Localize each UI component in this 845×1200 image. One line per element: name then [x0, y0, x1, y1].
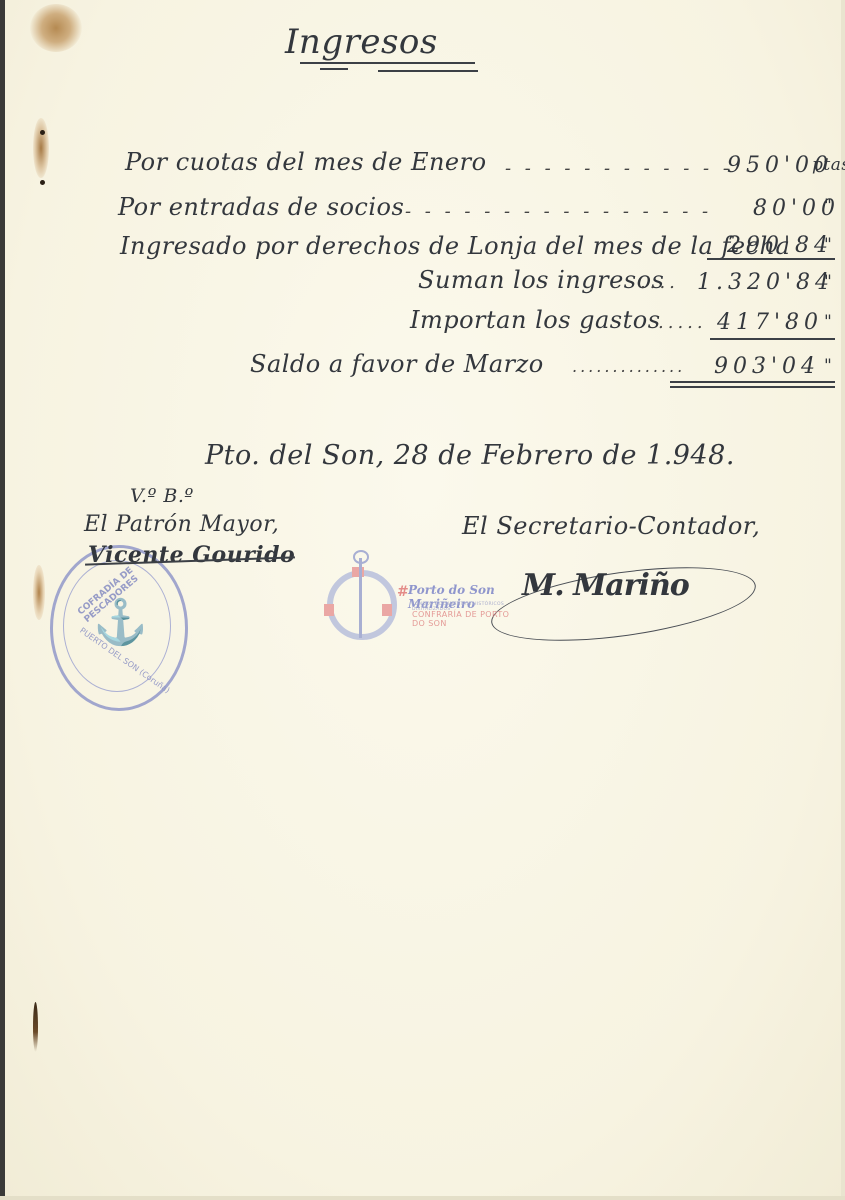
entry-label: Ingresado por derechos de Lonja del mes …: [120, 232, 790, 260]
archive-watermark: # Porto do Son Mariñeiro FONDOS DOCUMENT…: [322, 548, 522, 648]
watermark-org: CONFRARÍA DE PORTO DO SON: [412, 610, 522, 628]
total-leader: .....: [658, 312, 707, 333]
approval-role: El Patrón Mayor,: [84, 512, 279, 537]
lifebuoy-band: [352, 567, 364, 577]
total-leader: ....: [640, 272, 679, 293]
ditto-mark: ": [824, 196, 832, 216]
place-date: Pto. del Son, 28 de Febrero de 1.948.: [205, 440, 735, 471]
punch-hole-top: [33, 118, 49, 178]
ditto-mark: ": [824, 272, 832, 292]
total-label: Importan los gastos: [410, 306, 661, 334]
title-underline: [320, 68, 348, 70]
lifebuoy-band: [324, 604, 334, 616]
title-underline: [300, 62, 475, 64]
punch-hole-middle: [33, 565, 45, 620]
anchor-shaft: [359, 558, 362, 638]
ditto-mark: ": [824, 312, 832, 332]
ditto-mark: ": [824, 235, 832, 255]
document-page: Ingresos Por cuotas del mes de Enero - -…: [0, 0, 845, 1200]
document-title: Ingresos: [285, 22, 438, 62]
subtraction-rule: [710, 338, 835, 340]
rust-stain: [30, 4, 82, 52]
total-amount: 417'80: [717, 310, 823, 335]
punch-hole-dot: [40, 180, 45, 185]
title-underline: [378, 70, 478, 72]
hash-icon: #: [397, 584, 409, 600]
entry-leader: - - - - - - - - - - - -: [505, 158, 733, 179]
currency-unit: ptas: [812, 155, 845, 175]
approval-mark: V.º B.º: [130, 485, 194, 507]
balance-double-rule: [670, 381, 835, 383]
balance-label: Saldo a favor de Marzo: [250, 350, 544, 378]
entry-leader: - - - - - - - - - - - - - - - -: [405, 201, 712, 222]
total-label: Suman los ingresos: [418, 266, 664, 294]
scan-edge-left: [0, 0, 5, 1200]
scan-edge-bottom: [0, 1196, 845, 1200]
entry-label: Por cuotas del mes de Enero: [125, 148, 487, 176]
balance-leader: ..............: [572, 357, 685, 376]
lifebuoy-band: [382, 604, 392, 616]
punch-hole-bottom: [33, 1002, 38, 1052]
balance-double-rule: [670, 386, 835, 388]
ditto-mark: ": [824, 356, 832, 376]
official-stamp: COFRADÍA DE PESCADORES ⚓ PUERTO DEL SON …: [50, 545, 188, 711]
secretary-signature: M. Mariño: [522, 568, 689, 603]
secretary-role: El Secretario-Contador,: [462, 512, 760, 540]
punch-hole-dot: [40, 130, 45, 135]
scan-edge-right: [841, 0, 845, 1200]
entry-amount: 290'84: [727, 233, 833, 258]
balance-amount: 903'04: [714, 354, 820, 379]
total-amount: 1.320'84: [697, 270, 834, 295]
sum-rule: [707, 258, 835, 260]
entry-label: Por entradas de socios: [118, 193, 404, 221]
